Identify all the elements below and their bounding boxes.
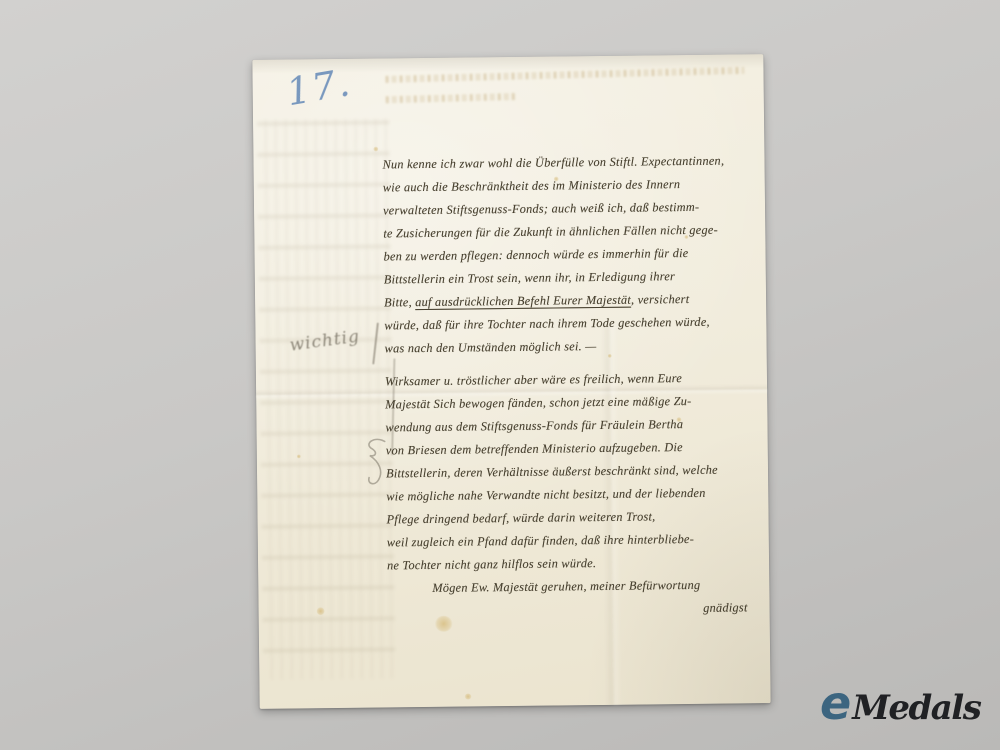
foxing-spot — [465, 693, 472, 699]
handwritten-valediction: gnädigst — [387, 596, 767, 623]
foxing-spot — [373, 146, 378, 151]
line-segment: , versichert — [631, 292, 689, 307]
handwritten-line: würde, daß für ihre Tochter nach ihrem T… — [384, 310, 764, 337]
handwritten-line: Nun kenne ich zwar wohl die Überfülle vo… — [382, 149, 762, 176]
emedals-logo-name: Medals — [852, 691, 980, 725]
blue-pencil-number: 17. — [284, 64, 354, 111]
emedals-logo-e: e — [820, 680, 851, 726]
bleedthrough-ghost-text — [257, 118, 395, 679]
foxing-spot — [297, 454, 301, 458]
handwritten-line: te Zusicherungen für die Zukunft in ähnl… — [383, 218, 763, 245]
line-segment: Bitte, — [384, 295, 415, 309]
foxing-spot — [317, 607, 325, 615]
underlined-segment: auf ausdrücklichen Befehl Eurer Majestät — [415, 293, 631, 309]
handwritten-letter-body: Nun kenne ich zwar wohl die Überfülle vo… — [382, 149, 767, 623]
letter-document: 17. wichtig Nun kenne ich zwar wohl die … — [252, 54, 770, 709]
emedals-watermark: e Medals — [820, 680, 980, 726]
bleedthrough-ghost-line — [383, 93, 515, 103]
handwritten-line: was nach den Umständen möglich sei. — — [384, 333, 764, 360]
photo-background: 17. wichtig Nun kenne ich zwar wohl die … — [0, 0, 1000, 750]
handwritten-line: Bittstellerin, deren Verhältnisse äußers… — [386, 458, 766, 485]
